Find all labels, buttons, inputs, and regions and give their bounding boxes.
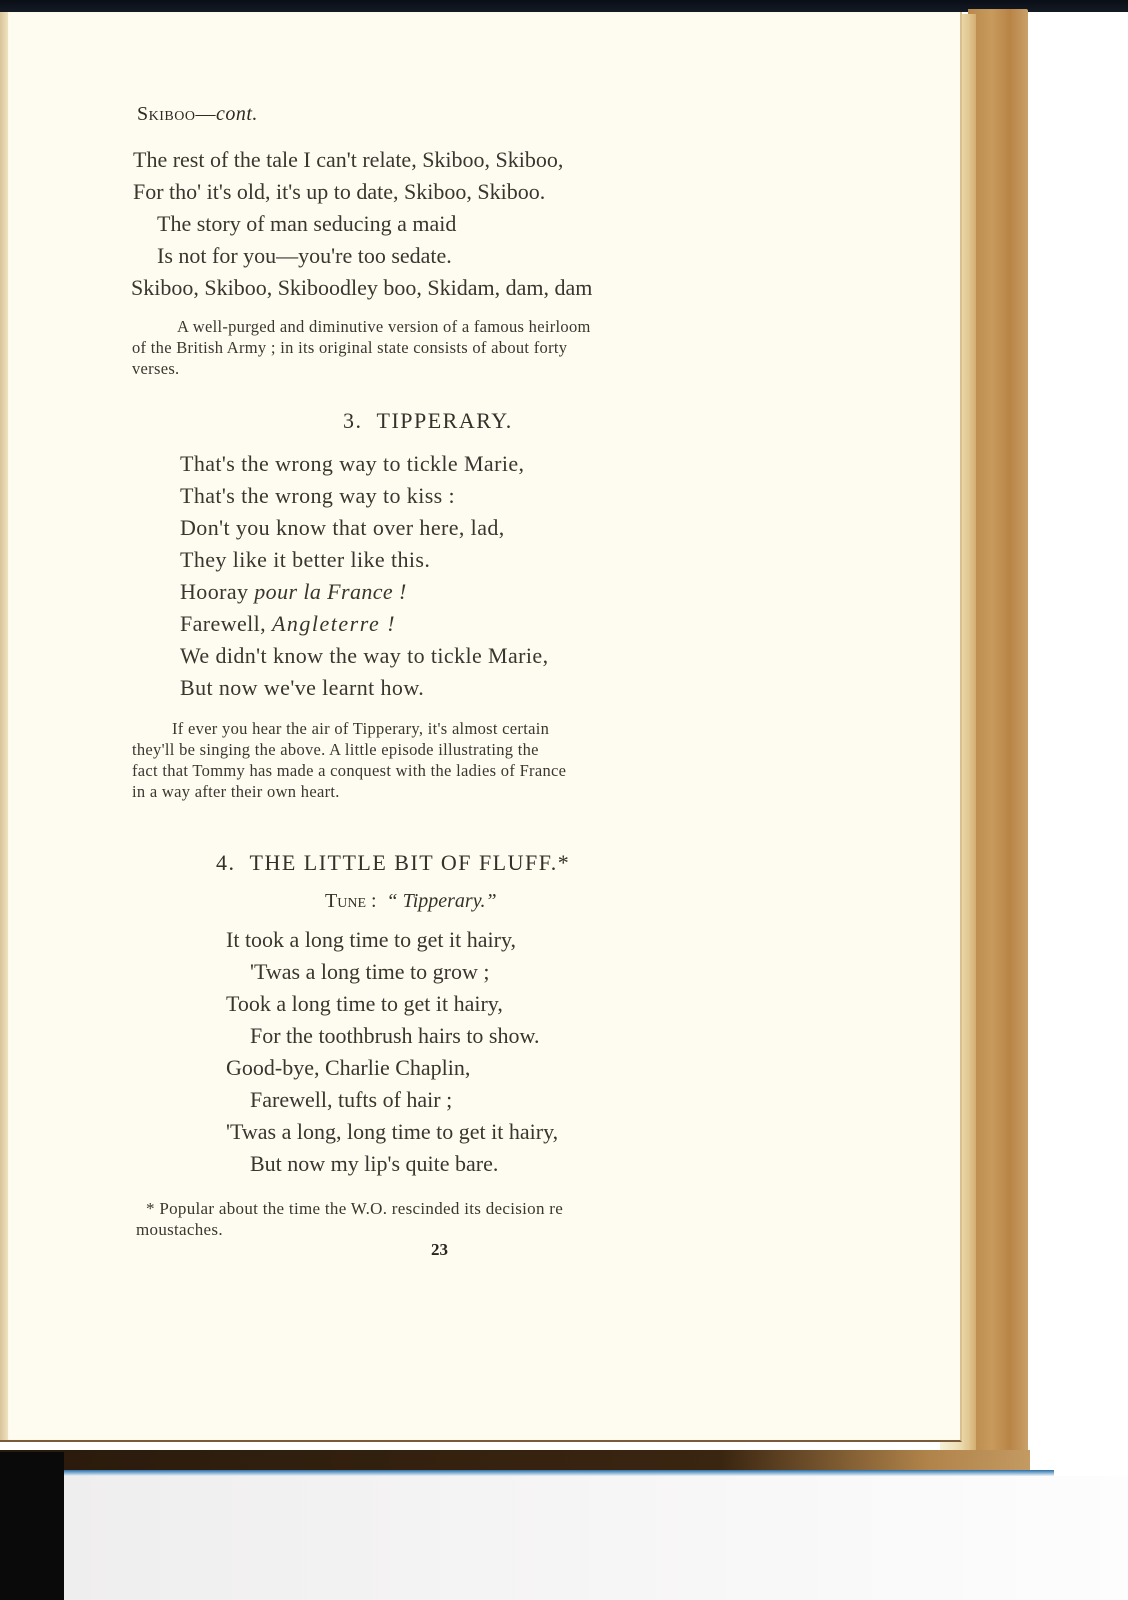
note-line: of the British Army ; in its original st… [132,337,591,358]
scan-top-shadow [0,0,1128,12]
verse-line: Farewell, tufts of hair ; [226,1084,558,1116]
tune-label: Tune : [325,890,377,912]
scanner-bed [64,1476,1128,1600]
verse-line: Don't you know that over here, lad, [180,512,548,544]
note-line: If ever you hear the air of Tipperary, i… [132,718,566,739]
scan-dark-margin [0,1452,64,1600]
page-gutter [0,12,8,1440]
note-line: they'll be singing the above. A little e… [132,739,566,760]
verse-line: That's the wrong way to kiss : [180,480,548,512]
verse-line: Skiboo, Skiboo, Skiboodley boo, Skidam, … [131,272,592,304]
verse-line: But now my lip's quite bare. [226,1148,558,1180]
song4-heading: 4. THE LITTLE BIT OF FLUFF.* [216,850,570,876]
verse-line: For the toothbrush hairs to show. [226,1020,558,1052]
book-cover-bottom [0,1450,1030,1470]
running-head-cont: cont. [216,103,258,125]
skiboo-verse: The rest of the tale I can't relate, Ski… [133,144,592,304]
verse-line: The rest of the tale I can't relate, Ski… [133,144,592,176]
book-cover-edge [968,9,1028,1469]
song3-number: 3. [343,408,363,433]
page-number: 23 [431,1240,448,1260]
song4-tune: Tune : “ Tipperary.” [325,890,497,913]
verse-line: For tho' it's old, it's up to date, Skib… [133,176,592,208]
song3-title: TIPPERARY. [377,408,513,433]
verse-line: Hooray pour la France ! [180,576,548,608]
song4-verse: It took a long time to get it hairy, 'Tw… [226,924,558,1180]
verse-line: That's the wrong way to tickle Marie, [180,448,548,480]
footnote: * Popular about the time the W.O. rescin… [136,1198,563,1240]
song4-number: 4. [216,850,236,875]
footnote-line: * Popular about the time the W.O. rescin… [136,1198,563,1219]
song3-heading: 3. TIPPERARY. [343,408,513,434]
note-line: in a way after their own heart. [132,781,566,802]
verse-line: Took a long time to get it hairy, [226,988,558,1020]
running-head: Skiboo—cont. [137,103,258,126]
song4-title: THE LITTLE BIT OF FLUFF.* [250,850,571,875]
tune-value: “ Tipperary.” [387,890,497,912]
verse-line: We didn't know the way to tickle Marie, [180,640,548,672]
verse-line: But now we've learnt how. [180,672,548,704]
verse-line: The story of man seducing a maid [133,208,592,240]
verse-line: It took a long time to get it hairy, [226,924,558,956]
note-line: fact that Tommy has made a conquest with… [132,760,566,781]
verse-line: Is not for you—you're too sedate. [133,240,592,272]
verse-line: Good-bye, Charlie Chaplin, [226,1052,558,1084]
verse-line: Farewell, Angleterre ! [180,608,548,640]
verse-line: They like it better like this. [180,544,548,576]
song3-note: If ever you hear the air of Tipperary, i… [132,718,566,802]
song3-verse: That's the wrong way to tickle Marie, Th… [180,448,548,704]
verse-line: 'Twas a long, long time to get it hairy, [226,1116,558,1148]
note-line: A well-purged and diminutive version of … [132,316,591,337]
skiboo-note: A well-purged and diminutive version of … [132,316,591,379]
running-head-title: Skiboo [137,103,195,125]
verse-line: 'Twas a long time to grow ; [226,956,558,988]
footnote-line: moustaches. [136,1219,563,1240]
note-line: verses. [132,358,591,379]
